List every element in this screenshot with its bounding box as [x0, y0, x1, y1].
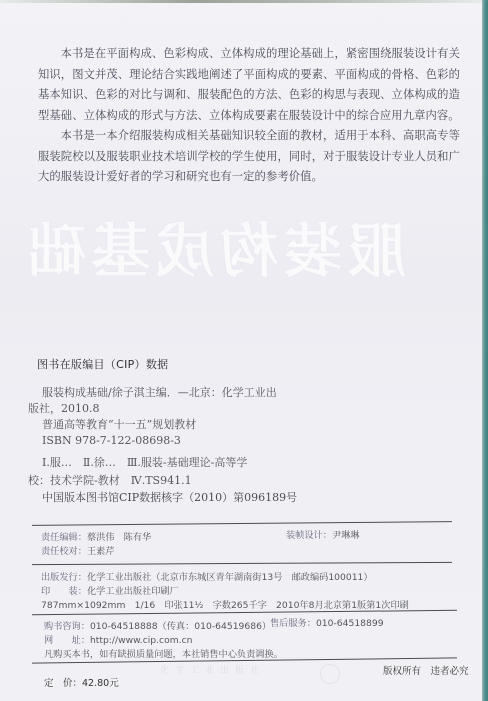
publisher-address: 化学工业出版社（北京市东城区青年湖南街13号 邮政编码100011） [87, 572, 373, 583]
abstract-paragraph-1: 本书是在平面构成、色彩构成、立体构成的理论基础上，紧密围绕服装设计有关知识，图文… [38, 44, 460, 126]
website-line: 网 址：http://www.cip.com.cn [44, 632, 192, 646]
service-phone: 010-64518899 [316, 618, 384, 629]
cip-class-line-1: Ⅰ.服… Ⅱ.徐… Ⅲ.服装-基础理论-高等学 [28, 454, 358, 472]
editor-names: 蔡洪伟 陈有华 [87, 532, 151, 543]
copyright-page: 服装构成基础 本书是在平面构成、色彩构成、立体构成的理论基础上，紧密围绕服装设计… [0, 0, 482, 701]
purchase-line: 购书咨询：010-64518888（传真：010-64519686） [44, 618, 271, 632]
publisher-line: 出版发行：化学工业出版社（北京市东城区青年湖南街13号 邮政编码100011） [41, 569, 373, 583]
divider-1 [32, 521, 452, 526]
printer-line: 印 装：化学工业出版社印刷厂 [41, 583, 179, 597]
price-label: 定 价： [44, 678, 82, 689]
divider-2 [32, 562, 452, 565]
cip-verification-number: 中国版本图书馆CIP数据核字（2010）第096189号 [42, 489, 297, 505]
faint-publisher-stamp-text: 化学工业出版社 [160, 663, 265, 676]
printer-label: 印 装： [41, 586, 87, 597]
cip-line-title: 服装构成基础/徐子淇主编．—北京：化学工业出 [28, 385, 348, 401]
editor-line: 责任编辑：蔡洪伟 陈有华 [41, 529, 151, 543]
page-top-edge [0, 0, 482, 3]
book-abstract: 本书是在平面构成、色彩构成、立体构成的理论基础上，紧密围绕服装设计有关知识，图文… [38, 44, 460, 188]
price-line: 定 价：42.80元 [44, 675, 119, 689]
price-value: 42.80元 [82, 678, 119, 689]
print-specs: 787mm×1092mm 1/16 印张11½ 字数265千字 2010年8月北… [41, 597, 409, 611]
website-url: http://www.cip.com.cn [90, 635, 193, 646]
cip-class-line-2: 校：技术学院-教材 Ⅳ.TS941.1 [28, 472, 358, 490]
faint-publisher-logo-icon [320, 664, 340, 684]
cip-record: 服装构成基础/徐子淇主编．—北京：化学工业出 版社，2010.8 普通高等教育“… [28, 385, 348, 449]
publisher-label: 出版发行： [41, 572, 87, 583]
designer-line: 装帧设计：尹琳琳 [286, 527, 360, 541]
cip-line-isbn: ISBN 978-7-122-08698-3 [28, 433, 348, 449]
cip-line-publisher-date: 版社，2010.8 [28, 401, 348, 417]
proofreader-name: 王素芹 [87, 546, 115, 557]
website-label: 网 址： [44, 635, 90, 646]
designer-name: 尹琳琳 [332, 530, 360, 541]
service-label: 售后服务： [270, 618, 316, 629]
proofreader-line: 责任校对：王素芹 [41, 543, 115, 557]
replacement-notice: 凡购买本书，如有缺损质量问题，本社销售中心负责调换。 [44, 646, 283, 660]
service-line: 售后服务：010-64518899 [270, 615, 384, 629]
mirrored-cover-title-watermark: 服装构成基础 [36, 216, 406, 286]
cip-title: 图书在版编目（CIP）数据 [37, 356, 168, 372]
scan-edge-border [482, 0, 488, 701]
copyright-notice: 版权所有 违者必究 [383, 663, 469, 677]
editor-label: 责任编辑： [41, 532, 87, 543]
designer-label: 装帧设计： [286, 530, 332, 541]
purchase-label: 购书咨询： [44, 621, 90, 632]
cip-line-series: 普通高等教育“十一五”规划教材 [28, 417, 348, 433]
printer-name: 化学工业出版社印刷厂 [87, 586, 179, 597]
abstract-paragraph-2: 本书是一本介绍服装构成相关基础知识较全面的教材，适用于本科、高职高专等服装院校以… [38, 126, 460, 188]
proofreader-label: 责任校对： [41, 546, 87, 557]
cip-classification: Ⅰ.服… Ⅱ.徐… Ⅲ.服装-基础理论-高等学 校：技术学院-教材 Ⅳ.TS94… [28, 454, 358, 490]
purchase-phone: 010-64518888（传真：010-64519686） [90, 621, 271, 632]
